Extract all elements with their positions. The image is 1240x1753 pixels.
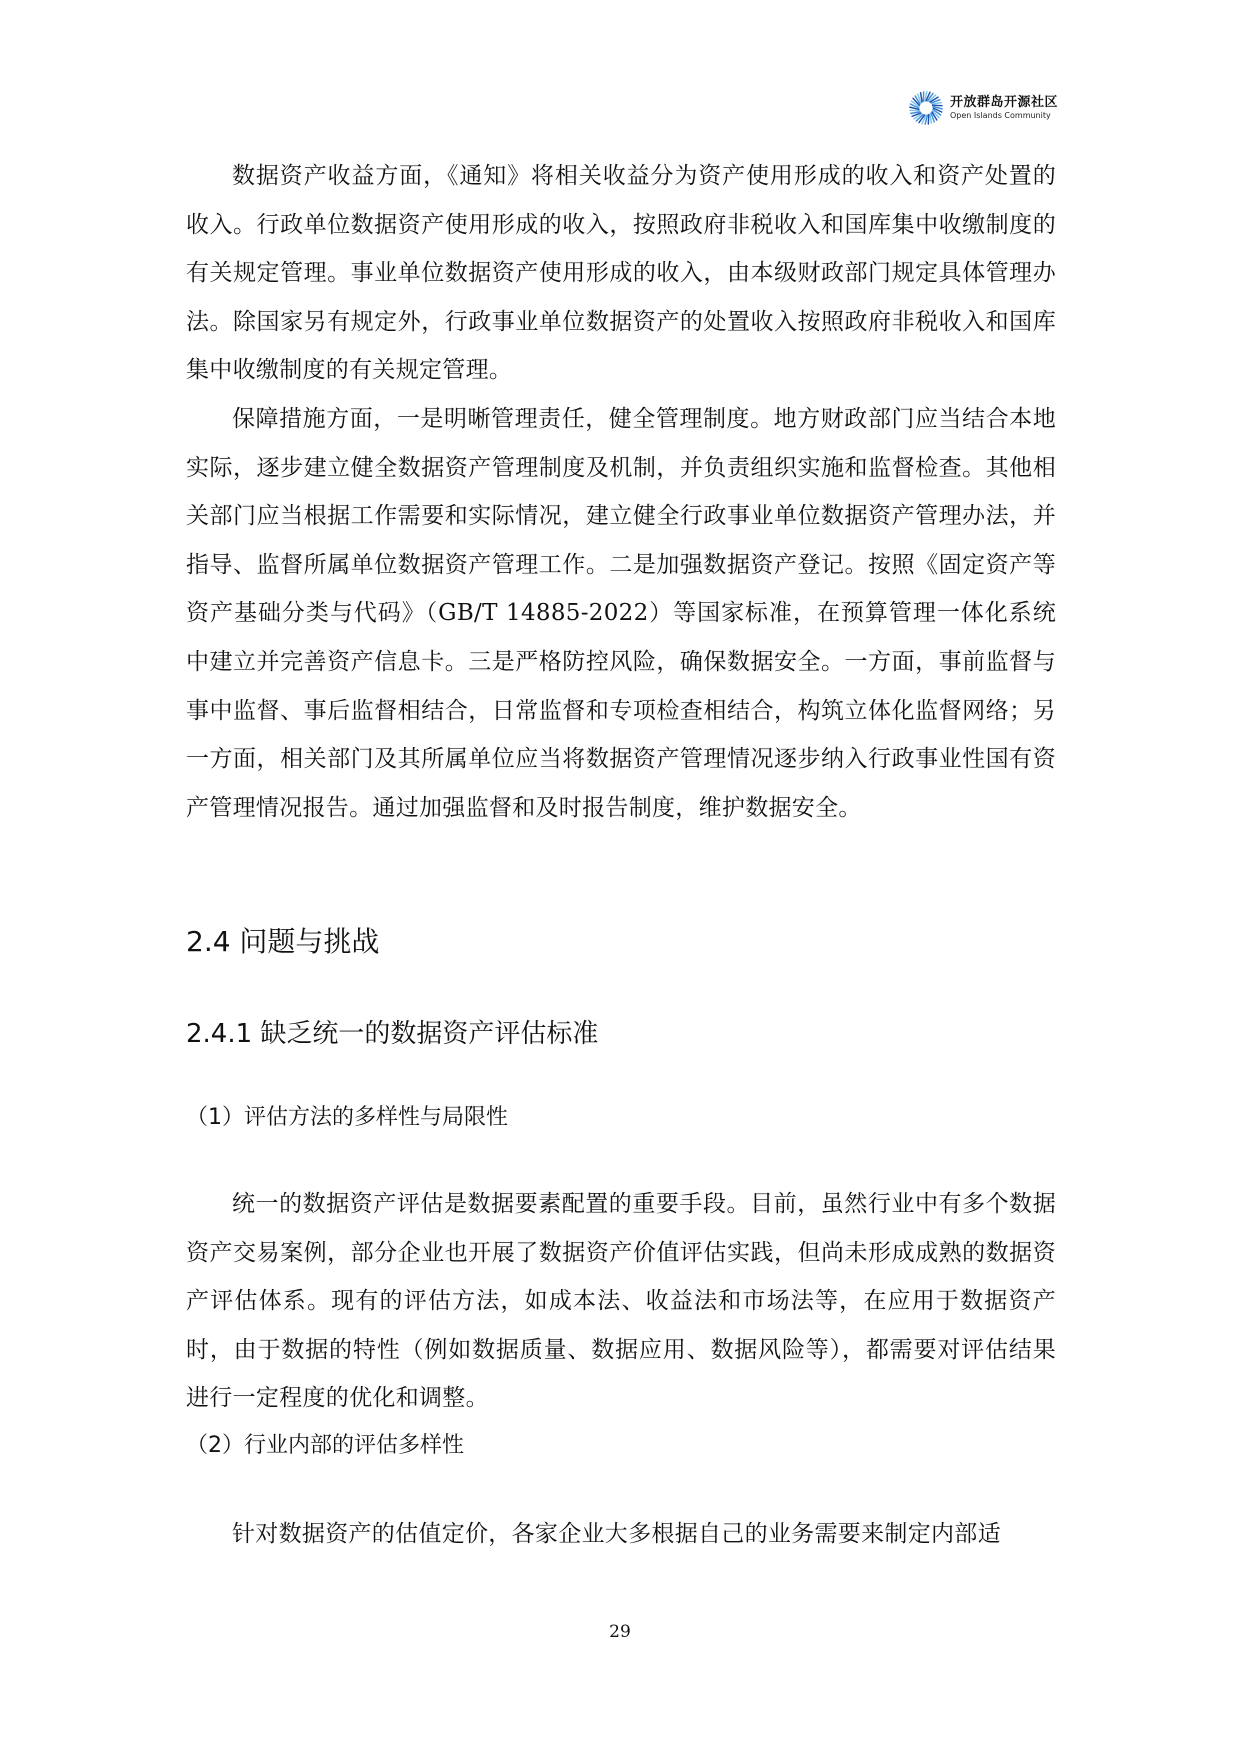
section-heading: 2.4 问题与挑战 <box>186 920 379 960</box>
sunburst-logo-icon <box>908 90 944 126</box>
body-top: 数据资产收益方面，《通知》将相关收益分为资产使用形成的收入和资产处置的收入。行政… <box>186 152 1056 832</box>
header-logo: 开放群岛开源社区 Open Islands Community <box>908 88 1058 128</box>
paragraph-evaluation-methods: 统一的数据资产评估是数据要素配置的重要手段。目前，虽然行业中有多个数据资产交易案… <box>186 1180 1056 1423</box>
logo-name-cn: 开放群岛开源社区 <box>950 96 1058 109</box>
paragraph-safeguard-measures: 保障措施方面，一是明晰管理责任，健全管理制度。地方财政部门应当结合本地实际，逐步… <box>186 395 1056 832</box>
item1-body: 统一的数据资产评估是数据要素配置的重要手段。目前，虽然行业中有多个数据资产交易案… <box>186 1180 1056 1423</box>
paragraph-data-asset-income: 数据资产收益方面，《通知》将相关收益分为资产使用形成的收入和资产处置的收入。行政… <box>186 152 1056 395</box>
item2-body: 针对数据资产的估值定价，各家企业大多根据自己的业务需要来制定内部适 <box>186 1510 1056 1559</box>
item1-heading: （1）评估方法的多样性与局限性 <box>186 1100 508 1131</box>
page-number: 29 <box>0 1622 1240 1642</box>
subsection-heading: 2.4.1 缺乏统一的数据资产评估标准 <box>186 1013 598 1050</box>
logo-name-en: Open Islands Community <box>950 112 1058 120</box>
paragraph-industry-diversity: 针对数据资产的估值定价，各家企业大多根据自己的业务需要来制定内部适 <box>186 1510 1056 1559</box>
item2-heading: （2）行业内部的评估多样性 <box>186 1428 464 1459</box>
logo-text: 开放群岛开源社区 Open Islands Community <box>950 96 1058 120</box>
